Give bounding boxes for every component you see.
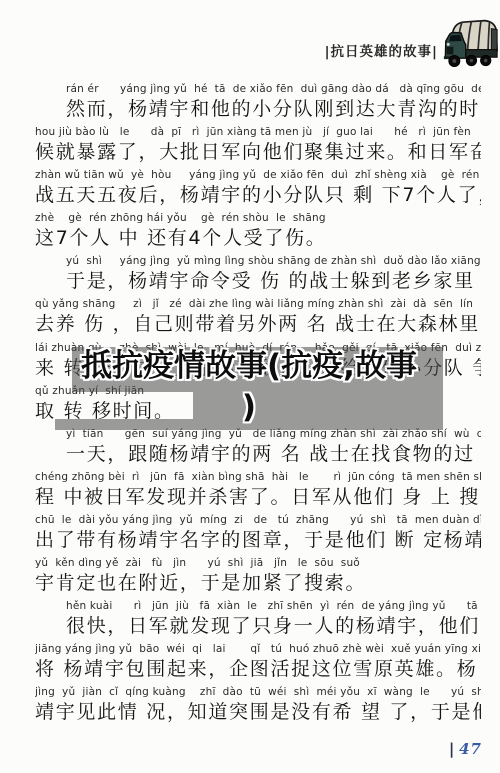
- overlay-title: 抵抗疫情故事(抗疫,故事 ): [55, 344, 443, 426]
- hanzi-line: 候就暴露了，大批日军向他们聚集过来。和日军奋: [35, 139, 481, 165]
- hanzi-line: 然而，杨靖宇和他的小分队刚到达大青沟的时: [66, 96, 481, 122]
- pinyin-line: zhè gè rén zhōng hái yǒu gè rén shòu le …: [35, 211, 481, 225]
- pinyin-line: zhàn wǔ tiān wǔ yè hòu yáng jìng yǔ de x…: [35, 168, 481, 182]
- series-title: |抗日英雄的故事|: [325, 40, 438, 60]
- pinyin-line: chū le dài yǒu yáng jìng yǔ míng zi de t…: [35, 513, 481, 527]
- text-line: chū le dài yǒu yáng jìng yǔ míng zi de t…: [35, 513, 481, 556]
- text-line: jìng yǔ jiàn cǐ qíng kuàng zhī dào tū wé…: [35, 685, 481, 728]
- pinyin-line: jiāng yáng jìng yǔ bāo wéi qi lai qǐ tú …: [35, 642, 481, 656]
- text-line: yú shì yáng jìng yǔ mìng lìng shòu shāng…: [35, 254, 481, 297]
- hanzi-line: 一天，跟随杨靖宇的两 名 战士在找食物的过: [66, 441, 481, 467]
- pinyin-line: chéng zhōng bèi rì jūn fā xiàn bìng shā …: [35, 470, 481, 484]
- book-page: { "header": { "series_title": "|抗日英雄的故事|…: [0, 0, 500, 773]
- overlay-title-line1: 抵抗疫情故事(抗疫,故事: [55, 344, 443, 388]
- pinyin-line: jìng yǔ jiàn cǐ qíng kuàng zhī dào tū wé…: [35, 685, 481, 699]
- overlay-title-line2: ): [55, 388, 443, 426]
- text-line: jiāng yáng jìng yǔ bāo wéi qi lai qǐ tú …: [35, 642, 481, 685]
- hanzi-line: 去养 伤 ，自己则带着另外两 名 战士在大森林里 转: [35, 311, 481, 337]
- hanzi-line: 于是，杨靖宇命令受 伤 的战士躲到老乡家里: [66, 268, 481, 294]
- hanzi-line: 这7个人 中 还有4个人受了伤。: [35, 225, 481, 251]
- text-line: chéng zhōng bèi rì jūn fā xiàn bìng shā …: [35, 470, 481, 513]
- hanzi-line: 战五天五夜后，杨靖宇的小分队只 剩 下7个人了，: [35, 182, 481, 208]
- text-line: yì tiān gēn suí yáng jìng yǔ de liǎng mí…: [35, 427, 481, 470]
- text-line: yǔ kěn dìng yě zài fù jìn yú shì jiā jǐn…: [35, 556, 481, 599]
- text-line: zhè gè rén zhōng hái yǒu gè rén shòu le …: [35, 211, 481, 254]
- pinyin-line: rán ér yáng jìng yǔ hé tā de xiǎo fēn du…: [66, 82, 481, 96]
- text-line: rán ér yáng jìng yǔ hé tā de xiǎo fēn du…: [35, 82, 481, 125]
- hanzi-line: 很快，日军就发现了只身一人的杨靖宇，他们: [66, 613, 481, 639]
- pinyin-line: qù yǎng shāng zì jǐ zé dài zhe lìng wài …: [35, 297, 481, 311]
- hanzi-line: 靖宇见此情 况，知道突围是没有希 望 了，于是他: [35, 699, 481, 725]
- text-line: hěn kuài rì jūn jiù fā xiàn le zhī shēn …: [35, 599, 481, 642]
- page-number-value: 47: [459, 740, 482, 758]
- text-line: qù yǎng shāng zì jǐ zé dài zhe lìng wài …: [35, 297, 481, 340]
- military-truck-icon: [442, 17, 499, 67]
- hanzi-line: 出了带有杨靖宇名字的图章，于是他们 断 定杨靖: [35, 527, 481, 553]
- pinyin-line: hou jiù bào lù le dà pī rì jūn xiàng tā …: [35, 125, 481, 139]
- hanzi-line: 程 中被日军发现并杀害了。日军从他们 身 上 搜: [35, 484, 481, 510]
- page-number: | 47: [449, 741, 482, 757]
- text-line: hou jiù bào lù le dà pī rì jūn xiàng tā …: [35, 125, 481, 168]
- pinyin-line: yú shì yáng jìng yǔ mìng lìng shòu shāng…: [66, 254, 481, 268]
- hanzi-line: 宇肯定也在附近，于是加紧了搜索。: [35, 570, 481, 596]
- hanzi-line: 将 杨靖宇包围起来，企图活捉这位雪原英雄。杨: [35, 656, 481, 682]
- text-line: zhàn wǔ tiān wǔ yè hòu yáng jìng yǔ de x…: [35, 168, 481, 211]
- pinyin-line: hěn kuài rì jūn jiù fā xiàn le zhī shēn …: [66, 599, 481, 613]
- pinyin-line: yǔ kěn dìng yě zài fù jìn yú shì jiā jǐn…: [35, 556, 481, 570]
